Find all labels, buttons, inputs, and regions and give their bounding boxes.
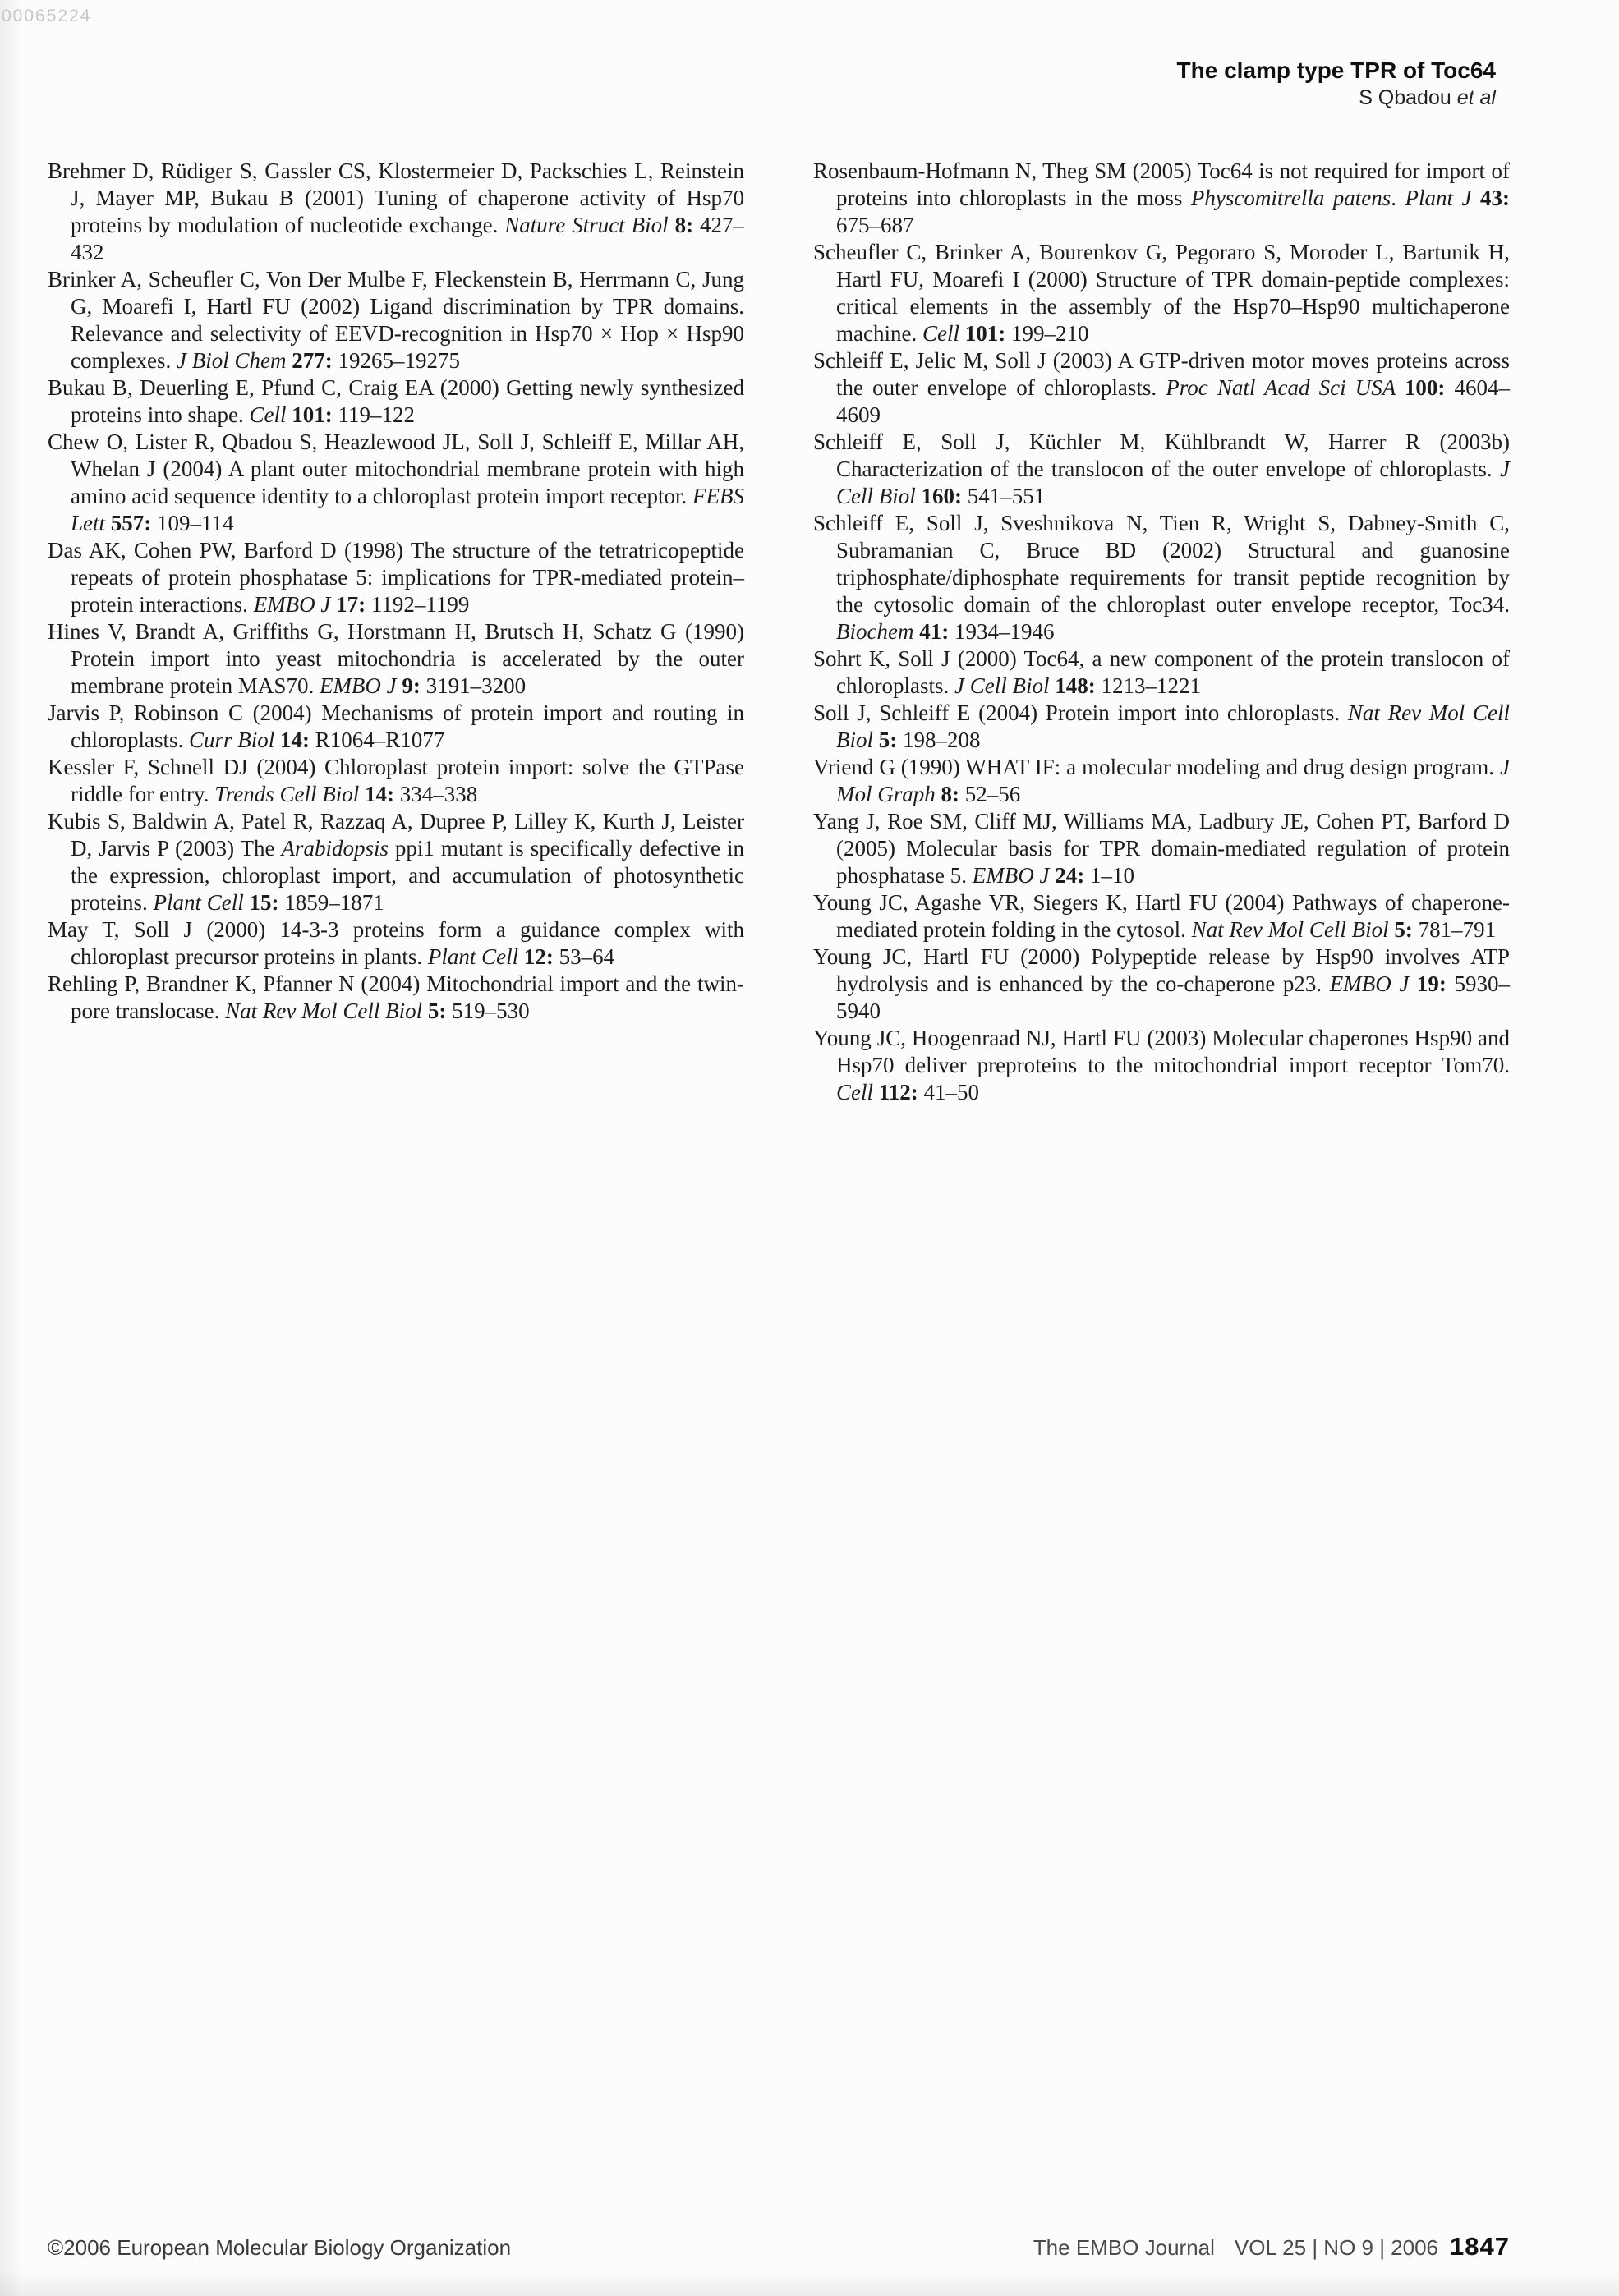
footer-issue-info: VOL 25 | NO 9 | 2006 [1235,2235,1438,2261]
footer-journal-info: The EMBO Journal VOL 25 | NO 9 | 2006 18… [1033,2232,1510,2262]
page-footer: ©2006 European Molecular Biology Organiz… [48,2232,1510,2262]
running-head-author: S Qbadou et al [1177,86,1496,110]
reference-entry: Rosenbaum-Hofmann N, Theg SM (2005) Toc6… [813,158,1510,239]
reference-entry: Schleiff E, Soll J, Sveshnikova N, Tien … [813,510,1510,645]
reference-entry: Vriend G (1990) WHAT IF: a molecular mod… [813,754,1510,808]
footer-journal-name: The EMBO Journal [1033,2235,1215,2261]
reference-entry: May T, Soll J (2000) 14-3-3 proteins for… [48,916,744,971]
reference-entry: Schleiff E, Jelic M, Soll J (2003) A GTP… [813,347,1510,429]
reference-list: Brehmer D, Rüdiger S, Gassler CS, Kloste… [48,158,1510,1106]
references-column-left: Brehmer D, Rüdiger S, Gassler CS, Kloste… [48,158,744,1106]
reference-entry: Young JC, Hartl FU (2000) Polypeptide re… [813,944,1510,1025]
reference-entry: Schleiff E, Soll J, Küchler M, Kühlbrand… [813,429,1510,510]
scan-artifact-number: 00065224 [2,7,91,26]
reference-entry: Brinker A, Scheufler C, Von Der Mulbe F,… [48,266,744,374]
reference-entry: Jarvis P, Robinson C (2004) Mechanisms o… [48,700,744,754]
running-head-title: The clamp type TPR of Toc64 [1177,57,1496,84]
reference-entry: Kubis S, Baldwin A, Patel R, Razzaq A, D… [48,808,744,916]
reference-entry: Brehmer D, Rüdiger S, Gassler CS, Kloste… [48,158,744,266]
reference-entry: Young JC, Hoogenraad NJ, Hartl FU (2003)… [813,1025,1510,1106]
reference-entry: Sohrt K, Soll J (2000) Toc64, a new comp… [813,645,1510,700]
reference-entry: Chew O, Lister R, Qbadou S, Heazlewood J… [48,429,744,537]
reference-entry: Rehling P, Brandner K, Pfanner N (2004) … [48,971,744,1025]
reference-entry: Scheufler C, Brinker A, Bourenkov G, Peg… [813,239,1510,347]
reference-entry: Das AK, Cohen PW, Barford D (1998) The s… [48,537,744,618]
references-column-right: Rosenbaum-Hofmann N, Theg SM (2005) Toc6… [813,158,1510,1106]
footer-copyright: ©2006 European Molecular Biology Organiz… [48,2235,511,2261]
journal-page: 00065224 The clamp type TPR of Toc64 S Q… [0,0,1619,2296]
reference-entry: Bukau B, Deuerling E, Pfund C, Craig EA … [48,374,744,429]
reference-entry: Hines V, Brandt A, Griffiths G, Horstman… [48,618,744,700]
reference-entry: Yang J, Roe SM, Cliff MJ, Williams MA, L… [813,808,1510,889]
running-head-author-name: S Qbadou [1359,86,1451,109]
footer-page-number: 1847 [1450,2232,1510,2262]
reference-entry: Young JC, Agashe VR, Siegers K, Hartl FU… [813,889,1510,944]
reference-entry: Kessler F, Schnell DJ (2004) Chloroplast… [48,754,744,808]
running-head: The clamp type TPR of Toc64 S Qbadou et … [1177,57,1496,110]
reference-entry: Soll J, Schleiff E (2004) Protein import… [813,700,1510,754]
running-head-author-etal: et al [1457,86,1496,109]
